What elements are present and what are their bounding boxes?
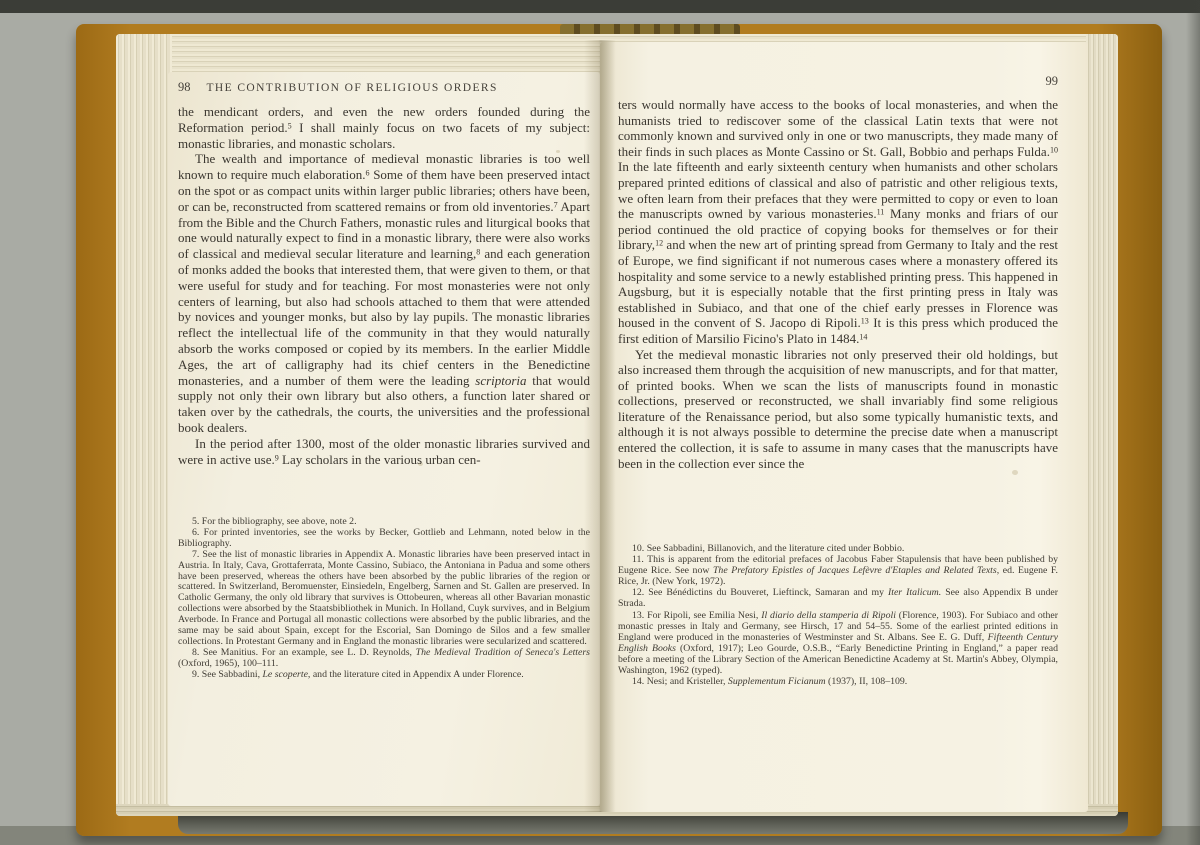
page-edge-right [1086, 34, 1118, 816]
right-footnote: 14. Nesi; and Kristeller, Supplementum F… [618, 676, 1058, 687]
left-page-header: 98 THE CONTRIBUTION OF RELIGIOUS ORDERS [178, 80, 590, 95]
right-body-paragraph: Yet the medieval monastic libraries not … [618, 347, 1058, 472]
photo-right-vignette [1186, 0, 1200, 845]
right-page-number: 99 [618, 74, 1058, 89]
left-footnote: 7. See the list of monastic libraries in… [178, 550, 590, 648]
running-title: THE CONTRIBUTION OF RELIGIOUS ORDERS [207, 82, 498, 94]
left-footnote: 9. See Sabbadini, Le scoperte, and the l… [178, 670, 590, 681]
left-footnote: 8. See Manitius. For an example, see L. … [178, 648, 590, 670]
right-footnote: 10. See Sabbadini, Billanovich, and the … [618, 543, 1058, 554]
right-footnote: 11. This is apparent from the editorial … [618, 554, 1058, 587]
left-footnote: 6. For printed inventories, see the work… [178, 528, 590, 550]
left-page-body: the mendicant orders, and even the new o… [178, 104, 590, 467]
right-page-body: ters would normally have access to the b… [618, 97, 1058, 471]
left-page-footnotes: 5. For the bibliography, see above, note… [178, 517, 590, 681]
left-body-paragraph: The wealth and importance of medieval mo… [178, 151, 590, 435]
right-body-paragraph: ters would normally have access to the b… [618, 97, 1058, 347]
left-page-number: 98 [178, 80, 191, 95]
right-page-footnotes: 10. See Sabbadini, Billanovich, and the … [618, 543, 1058, 687]
photo-top-strip [0, 0, 1200, 13]
left-body-paragraph: In the period after 1300, most of the ol… [178, 436, 590, 468]
right-footnote: 12. See Bénédictins du Bouveret, Lieftin… [618, 587, 1058, 609]
right-footnote: 13. For Ripoli, see Emilia Nesi, Il diar… [618, 610, 1058, 677]
page-edge-left [116, 34, 172, 816]
left-body-paragraph: the mendicant orders, and even the new o… [178, 104, 590, 151]
